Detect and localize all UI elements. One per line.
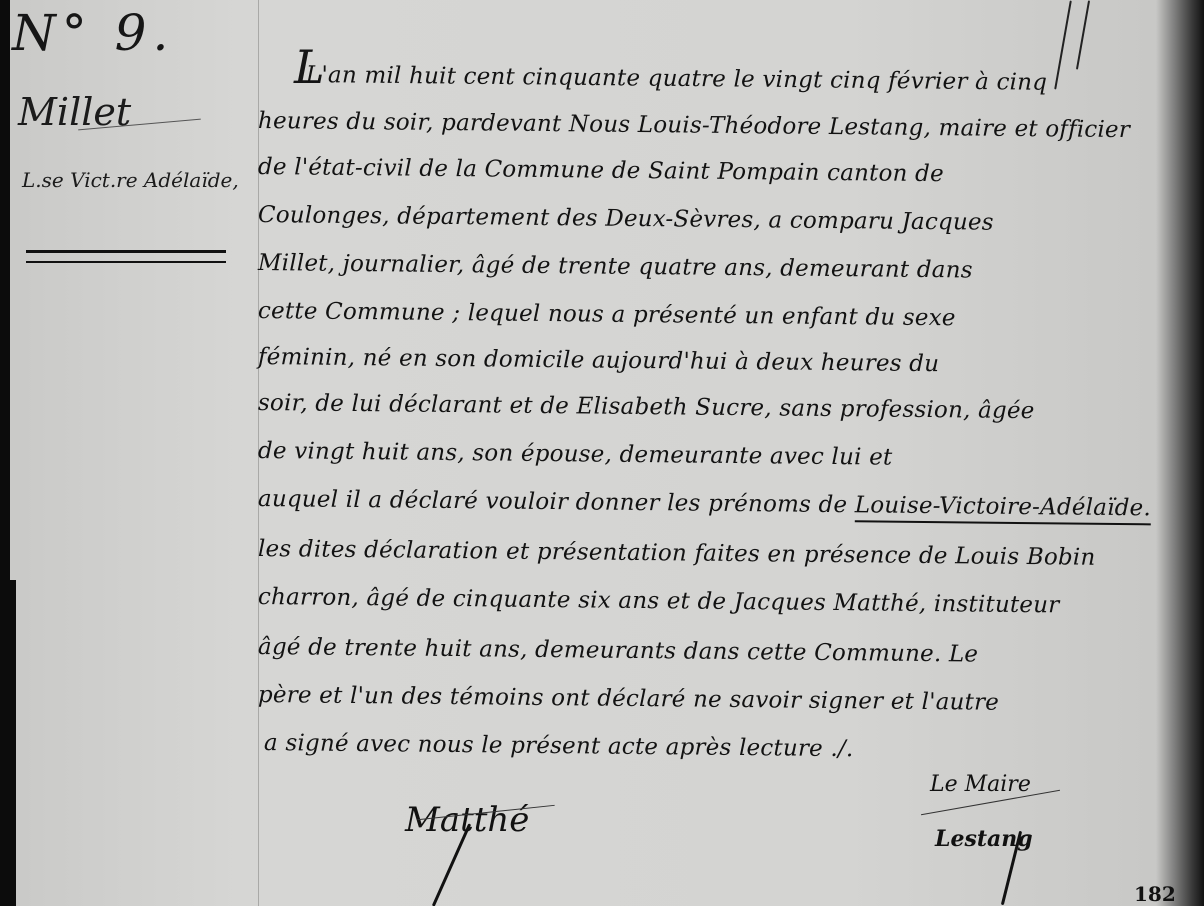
margin-given-names: L.se Vict.re Adélaïde, [22, 168, 239, 192]
record-line: heures du soir, pardevant Nous Louis-Thé… [258, 108, 1130, 143]
record-line: de l'état-civil de la Commune de Saint P… [258, 154, 944, 187]
record-line: Millet, journalier, âgé de trente quatre… [258, 250, 973, 283]
margin-double-rule [26, 250, 226, 263]
record-line: charron, âgé de cinquante six ans et de … [258, 584, 1060, 618]
record-line: L'an mil huit cent cinquante quatre le v… [306, 62, 1047, 96]
record-line: de vingt huit ans, son épouse, demeurant… [258, 438, 893, 471]
ink-stroke [1054, 1, 1072, 90]
ink-stroke [1076, 0, 1090, 69]
register-page: N° 9. Millet L.se Vict.re Adélaïde, L L'… [0, 0, 1204, 906]
record-line: Coulonges, département des Deux-Sèvres, … [258, 202, 994, 236]
record-line: cette Commune ; lequel nous a présenté u… [258, 298, 956, 331]
mayor-title: Le Maire [930, 772, 1031, 797]
page-number: 182 [1134, 882, 1176, 906]
act-number: N° 9. [12, 4, 174, 62]
record-line-text: auquel il a déclaré vouloir donner les p… [258, 486, 848, 518]
record-line: féminin, né en son domicile aujourd'hui … [258, 344, 939, 377]
child-given-names: Louise-Victoire-Adélaïde. [855, 492, 1151, 525]
record-line: soir, de lui déclarant et de Elisabeth S… [258, 390, 1035, 424]
margin-surname: Millet [18, 90, 131, 134]
record-line: les dites déclaration et présentation fa… [258, 536, 1096, 571]
record-line: auquel il a déclaré vouloir donner les p… [258, 486, 1151, 521]
witness-signature: Matthé [405, 800, 529, 840]
record-line: âgé de trente huit ans, demeurants dans … [258, 634, 978, 668]
record-line: a signé avec nous le présent acte après … [264, 730, 854, 762]
record-line: père et l'un des témoins ont déclaré ne … [258, 682, 999, 716]
scanner-edge-lower [0, 580, 16, 906]
